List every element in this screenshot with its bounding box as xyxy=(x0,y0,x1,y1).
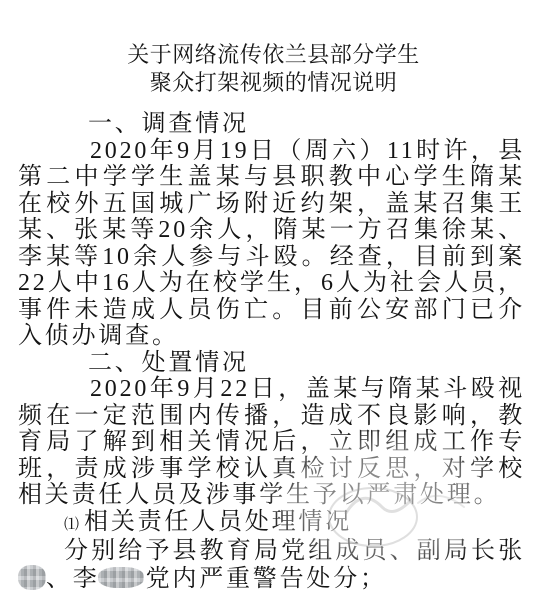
punishment-text-between-redactions: 、李 xyxy=(46,566,100,592)
redacted-name-mosaic-1 xyxy=(18,565,46,590)
title-line-2: 聚众打架视频的情况说明 xyxy=(0,69,547,97)
section-1-paragraph: 2020年9月19日（周六）11时许，县第二中学学生盖某与县职教中心学生隋某在校… xyxy=(18,138,525,350)
punishment-text-after-second-redaction: 党内严重警告处分； xyxy=(146,566,387,592)
punishment-paragraph: 分别给予县教育局党组成员、副局长张、李党内严重警告处分； xyxy=(18,538,525,592)
redacted-name-mosaic-2 xyxy=(98,567,144,588)
subsection-heading: ⑴相关责任人员处理情况 xyxy=(18,509,525,539)
title-line-1: 关于网络流传依兰县部分学生 xyxy=(0,41,547,69)
subsection-heading-text: 相关责任人员处理情况 xyxy=(84,509,352,535)
document-title: 关于网络流传依兰县部分学生 聚众打架视频的情况说明 xyxy=(0,0,547,97)
punishment-text-before-first-redaction: 分别给予县教育局党组成员、副局长张 xyxy=(64,538,525,564)
section-2-paragraph: 2020年9月22日，盖某与隋某斗殴视频在一定范围内传播，造成不良影响，教育局了… xyxy=(18,376,525,509)
document-body: 一、调查情况 2020年9月19日（周六）11时许，县第二中学学生盖某与县职教中… xyxy=(18,111,525,592)
section-1-heading: 一、调查情况 xyxy=(18,111,525,138)
subsection-number-marker: ⑴ xyxy=(64,517,79,533)
section-2-heading: 二、处置情况 xyxy=(18,350,525,377)
document-page: 关于网络流传依兰县部分学生 聚众打架视频的情况说明 一、调查情况 2020年9月… xyxy=(0,0,547,595)
